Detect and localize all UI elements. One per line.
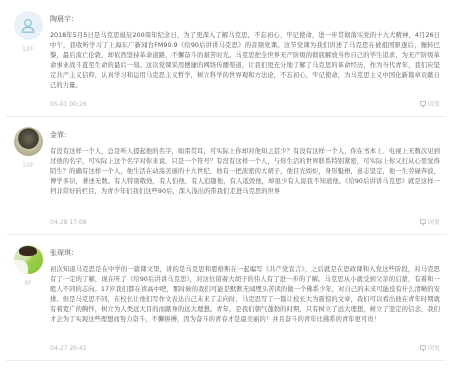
comment-time: 04-27 20:42 <box>50 345 87 352</box>
reply-label: 回复 <box>428 217 440 226</box>
floor-number: 10F <box>22 162 34 169</box>
comment-side: 9F <box>6 245 46 352</box>
avatar[interactable] <box>14 245 43 274</box>
comment-time: 04-28 17:08 <box>50 219 87 226</box>
comment-text: 初次知道马克思是在中学的一篇课文里，讲的是马克思和恩格斯在一起编写《共产党宣言》… <box>50 265 440 325</box>
reply-button[interactable]: 回复 <box>420 217 440 226</box>
floor-number: 12F <box>22 46 34 53</box>
avatar[interactable] <box>14 127 43 156</box>
comment-text: 有没有这样一个人，总是听人提起他的名字，如雷贯耳，可实际上你却对他知之甚少？有没… <box>50 147 440 197</box>
comment-side: 10F <box>6 127 46 226</box>
comment-bubble-icon <box>420 101 426 106</box>
reply-label: 回复 <box>428 99 440 108</box>
comment-bubble-icon <box>420 219 426 224</box>
default-user-icon <box>20 18 36 34</box>
comment-item: 9F 张琛琪： 初次知道马克思是在中学的一篇课文里，讲的是马克思和恩格斯在一起编… <box>6 235 446 361</box>
comment-body: 金霏： 有没有这样一个人，总是听人提起他的名字，如雷贯耳，可实际上你却对他知之甚… <box>46 127 446 226</box>
comment-text: 2018年5月5日是马克思诞辰200周年纪念日，为了更深入了解马克思，不忘初心、… <box>50 31 440 91</box>
reply-button[interactable]: 回复 <box>420 99 440 108</box>
comment-item: 10F 金霏： 有没有这样一个人，总是听人提起他的名字，如雷贯耳，可实际上你却对… <box>6 117 446 235</box>
author-name[interactable]: 张琛琪： <box>50 248 440 258</box>
comment-item: 12F 陶晨宇： 2018年5月5日是马克思诞辰200周年纪念日，为了更深入了解… <box>6 0 446 117</box>
author-name[interactable]: 陶晨宇： <box>50 14 440 24</box>
comment-side: 12F <box>6 11 46 108</box>
reply-label: 回复 <box>428 343 440 352</box>
comment-body: 陶晨宇： 2018年5月5日是马克思诞辰200周年纪念日，为了更深入了解马克思，… <box>46 11 446 108</box>
comment-time: 05-01 00:26 <box>50 101 87 108</box>
floor-number: 9F <box>24 280 32 287</box>
comment-list: 12F 陶晨宇： 2018年5月5日是马克思诞辰200周年纪念日，为了更深入了解… <box>0 0 450 361</box>
comment-body: 张琛琪： 初次知道马克思是在中学的一篇课文里，讲的是马克思和恩格斯在一起编写《共… <box>46 245 446 352</box>
comment-bubble-icon <box>420 345 426 350</box>
author-name[interactable]: 金霏： <box>50 130 440 140</box>
reply-button[interactable]: 回复 <box>420 343 440 352</box>
avatar[interactable] <box>14 11 43 40</box>
